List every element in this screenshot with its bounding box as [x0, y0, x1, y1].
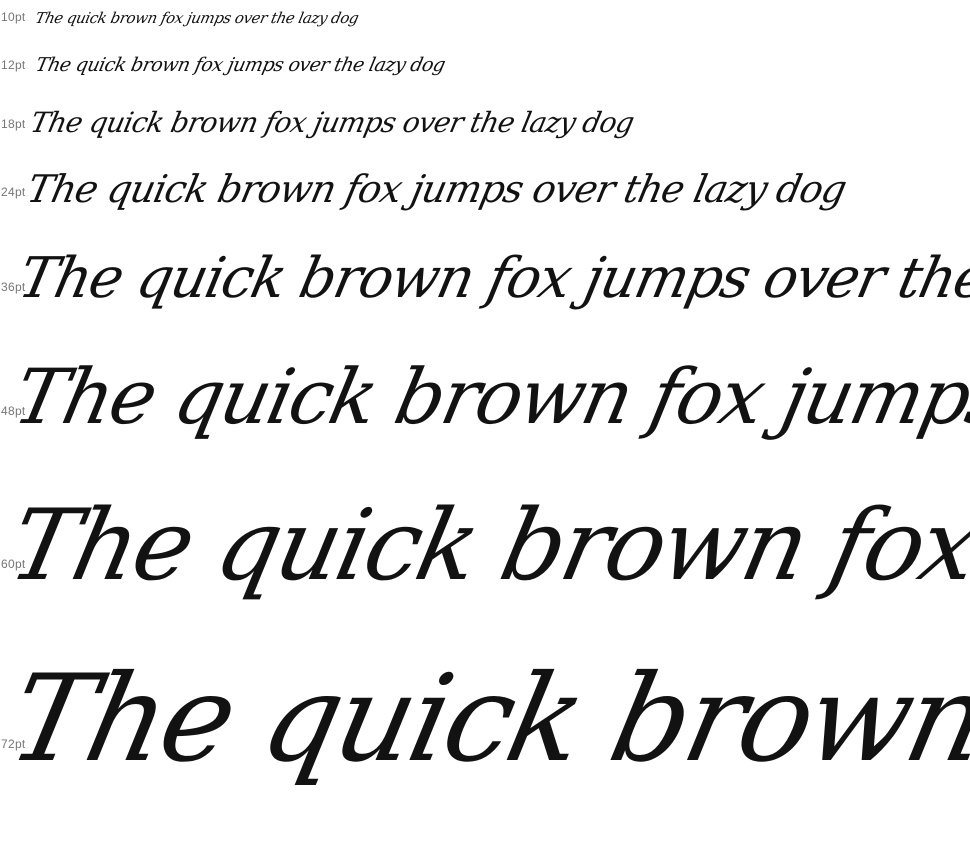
specimen-row-72pt: 72pt The quick brown fox jumps over the …: [0, 737, 970, 843]
sample-text: The quick brown fox jumps over the lazy …: [0, 660, 970, 780]
sample-text: The quick brown fox jumps over the lazy …: [8, 359, 970, 435]
sample-text: The quick brown fox jumps over the lazy …: [28, 109, 636, 137]
sample-text: The quick brown fox jumps over the lazy …: [34, 56, 447, 75]
specimen-row-10pt: 10pt The quick brown fox jumps over the …: [0, 10, 970, 50]
specimen-row-12pt: 12pt The quick brown fox jumps over the …: [0, 58, 970, 108]
size-label: 24pt: [1, 185, 26, 199]
sample-text: The quick brown fox jumps over the lazy …: [2, 497, 970, 595]
sample-text: The quick brown fox jumps over the lazy …: [24, 170, 849, 208]
size-label: 18pt: [1, 117, 26, 131]
size-label: 10pt: [1, 10, 26, 24]
sample-text: The quick brown fox jumps over the lazy …: [34, 11, 360, 26]
sample-text: The quick brown fox jumps over the lazy …: [14, 251, 970, 307]
size-label: 12pt: [1, 58, 26, 72]
font-size-waterfall: 10pt The quick brown fox jumps over the …: [0, 0, 970, 843]
